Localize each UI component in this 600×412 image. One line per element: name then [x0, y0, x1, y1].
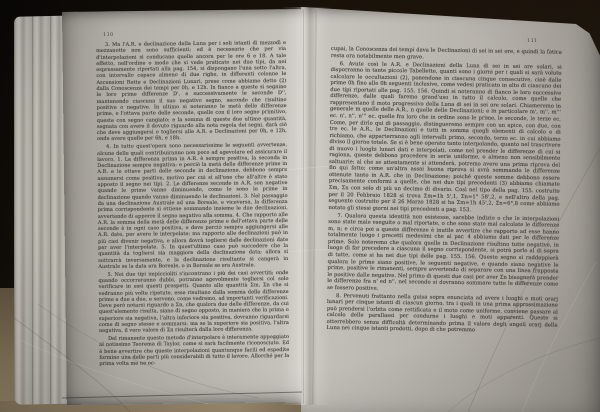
- paragraph: 5. Nei due tipi impiccioliti s'incontran…: [98, 270, 289, 335]
- paragraph: 7. Qualora questa identità non esistesse…: [327, 213, 559, 295]
- paragraph: 4. In tutto quest'opera sono necessariss…: [97, 142, 288, 270]
- right-page-text: cupai, la Conoscenza dei tempi dava le D…: [326, 46, 561, 337]
- paragraph: Del rimanente questo metodo d'interpolar…: [99, 334, 289, 367]
- paragraph: 8. Pervenuti frattanto nella guisa sopra…: [327, 293, 559, 336]
- paragraph: 6. Avute così le A.R. e Declinazioni del…: [328, 61, 561, 215]
- paragraph: 3. Ma l'A.R. e declinazione della Luna p…: [96, 40, 287, 143]
- left-page-text: 3. Ma l'A.R. e declinazione della Luna p…: [96, 40, 289, 369]
- open-book-photo: 110 111 3. Ma l'A.R. e declinazione dell…: [0, 0, 600, 412]
- page-number-left: 110: [103, 32, 114, 38]
- page-number-right: 111: [527, 38, 538, 44]
